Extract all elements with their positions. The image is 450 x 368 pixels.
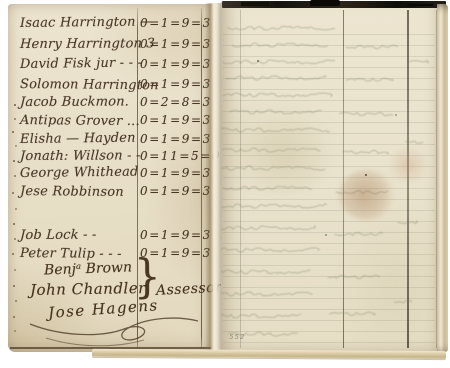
book-gutter	[205, 3, 222, 354]
entry-name: Henry Harrington 3	[20, 36, 156, 52]
deckle-edge-specks	[14, 104, 16, 106]
stain	[339, 170, 395, 220]
signature-flourish	[20, 296, 210, 348]
entry-name: Solomon Harrington	[20, 77, 159, 93]
entry-amount: 0=2=8=3	[140, 95, 212, 109]
stain	[239, 120, 334, 195]
ledger-row: Jese Robbinson 0=1=9=3	[18, 184, 210, 203]
entry-amount: 0=1=9=3	[140, 77, 212, 91]
entry-amount: 0=1=9=3	[140, 166, 212, 180]
entry-name: Antipas Grover ...	[20, 113, 140, 129]
bottom-page-stack	[92, 349, 446, 359]
entry-amount: 0=1=9=3	[140, 132, 212, 146]
ledger-row: Jacob Buckmon. 0=2=8=3	[18, 95, 210, 114]
entry-amount: 0=1=9=3	[140, 37, 212, 51]
entry-name: Jacob Buckmon.	[20, 94, 130, 110]
entry-amount: 0=1=9=3	[140, 228, 212, 242]
ledger-row: Solomon Harrington 0=1=9=3	[18, 77, 210, 96]
entry-name: Isaac Harrington —	[20, 14, 153, 31]
pencil-page-number: 552	[229, 333, 245, 341]
entry-name: Elisha — Hayden	[20, 131, 136, 147]
ledger-row: Antipas Grover ... 0=1=9=3	[18, 113, 210, 132]
entry-name: Jonath: Willson - -	[20, 148, 141, 164]
entry-name: George Whithead	[20, 165, 139, 181]
entry-name: Jese Robbinson	[20, 184, 124, 200]
entry-name: Job Lock - -	[20, 228, 97, 243]
right-page: 552	[221, 2, 439, 354]
stain	[386, 148, 430, 182]
ledger-row: David Fisk jur - - - 0=1=9=3	[18, 57, 210, 76]
ledger-row: Isaac Harrington — 0=1=9=3	[18, 16, 210, 35]
ledger-row: Job Lock - - 0=1=9=3	[18, 228, 210, 247]
cover-edge-blob	[310, 0, 340, 6]
signature-benjamin-brown: Benjᵃ Brown	[44, 259, 133, 278]
ledger-row: George Whithead 0=1=9=3	[18, 166, 210, 185]
entry-amount: 0=1=9=3	[140, 57, 212, 71]
fore-edge-page-stack	[437, 4, 448, 352]
entry-amount: 0=1=9=3	[140, 16, 212, 30]
ink-specks	[365, 174, 367, 176]
entry-amount: 0=1=9=3	[140, 113, 212, 127]
ledger-row: Henry Harrington 3 0=1=9=3	[18, 37, 210, 56]
entry-amount: 0=1=9=3	[140, 184, 212, 198]
left-page: ·· Isaac Harrington — 0=1=9=3 Henry Harr…	[8, 4, 214, 352]
entry-name: David Fisk jur - - -	[20, 56, 142, 72]
